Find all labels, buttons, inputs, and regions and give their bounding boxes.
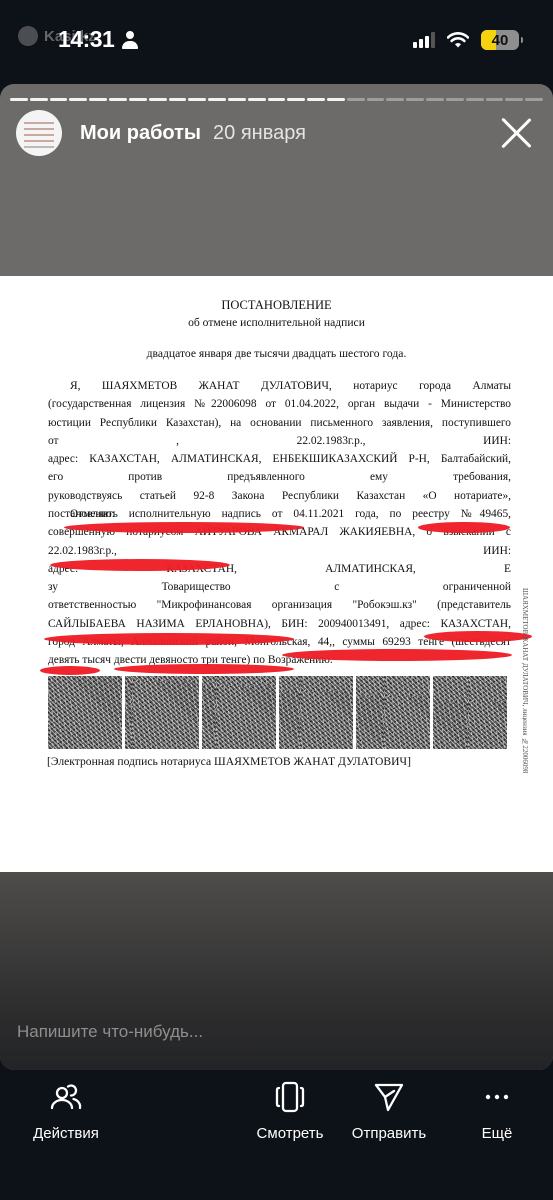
document-line: (государственная лицензия №22006098 от 0… xyxy=(48,395,511,413)
story-bottom-area xyxy=(0,872,553,1070)
signature-qr-block xyxy=(356,676,430,749)
post-date: 20 января xyxy=(213,122,306,145)
story-progress-bar xyxy=(10,98,543,101)
battery-nub xyxy=(521,37,523,43)
battery-level: 40 xyxy=(492,32,509,49)
progress-segment xyxy=(327,98,345,101)
vertical-stamp: ШАЯХМЕТОВ ЖАНАТ ДУЛАТОВИЧ, лицензия №220… xyxy=(520,588,534,768)
redaction-mark xyxy=(418,522,510,533)
progress-segment xyxy=(248,98,266,101)
document-line: зу Товарищество с ограниченной xyxy=(48,578,511,596)
progress-segment xyxy=(109,98,127,101)
progress-segment xyxy=(287,98,305,101)
progress-segment xyxy=(406,98,424,101)
send-label: Отправить xyxy=(352,1125,426,1142)
channel-avatar[interactable] xyxy=(16,110,62,156)
progress-segment xyxy=(30,98,48,101)
signature-caption: [Электронная подпись нотариуса ШАЯХМЕТОВ… xyxy=(47,753,411,771)
progress-segment xyxy=(69,98,87,101)
cellular-signal-icon xyxy=(413,32,435,48)
actions-label: Действия xyxy=(33,1125,99,1142)
document-line: от , 22.02.1983г.р., ИИН: xyxy=(48,432,511,450)
send-button[interactable]: Отправить xyxy=(334,1080,444,1142)
document-title: ПОСТАНОВЛЕНИЕ xyxy=(0,296,553,314)
electronic-signature-blocks xyxy=(48,676,507,749)
document-line: юстиции Республики Казахстан), на основа… xyxy=(48,414,511,432)
battery-indicator: 40 xyxy=(481,30,519,50)
progress-segment xyxy=(89,98,107,101)
document-line: Отменить исполнительную надпись от 04.11… xyxy=(48,505,511,523)
progress-segment xyxy=(505,98,523,101)
document-line: адрес: КАЗАХСТАН, АЛМАТИНСКАЯ, ЕНБЕКШИКА… xyxy=(48,450,511,468)
document-line: 22.02.1983г.р., ИИН: xyxy=(48,542,511,560)
redaction-mark xyxy=(44,633,294,645)
progress-segment xyxy=(169,98,187,101)
progress-segment xyxy=(10,98,28,101)
story-header: Мои работы 20 января xyxy=(16,110,543,156)
signature-qr-block xyxy=(125,676,199,749)
watermark-logo-icon xyxy=(18,26,38,46)
progress-segment xyxy=(446,98,464,101)
redaction-mark xyxy=(50,559,230,571)
progress-segment xyxy=(466,98,484,101)
progress-segment xyxy=(50,98,68,101)
document-line: его против предъявленного ему требования… xyxy=(48,468,511,486)
progress-segment xyxy=(149,98,167,101)
clock: 14:31 xyxy=(58,26,138,53)
status-icons: 40 xyxy=(413,30,523,50)
progress-segment xyxy=(386,98,404,101)
actions-button[interactable]: Действия xyxy=(26,1080,106,1142)
wifi-icon xyxy=(447,32,469,48)
signature-qr-block xyxy=(48,676,122,749)
progress-segment xyxy=(228,98,246,101)
document-paragraph-1: Я, ШАЯХМЕТОВ ЖАНАТ ДУЛАТОВИЧ, нотариус г… xyxy=(48,377,511,523)
clock-time: 14:31 xyxy=(58,26,114,53)
send-icon xyxy=(372,1080,406,1114)
document-line: руководствуясь статьей 92-8 Закона Респу… xyxy=(48,487,511,505)
bottom-action-bar: Действия Смотреть Отправить Ещё xyxy=(0,1070,553,1200)
status-bar: Kasi.kz 14:31 40 xyxy=(0,0,553,82)
document-line: ответственностью "Микрофинансовая органи… xyxy=(48,596,511,614)
channel-name[interactable]: Мои работы xyxy=(80,122,201,145)
progress-segment xyxy=(307,98,325,101)
more-button[interactable]: Ещё xyxy=(470,1080,524,1142)
redaction-mark xyxy=(40,666,100,675)
document-line: Я, ШАЯХМЕТОВ ЖАНАТ ДУЛАТОВИЧ, нотариус г… xyxy=(48,377,511,395)
signature-qr-block xyxy=(279,676,353,749)
progress-segment xyxy=(347,98,365,101)
redaction-mark xyxy=(114,664,294,674)
more-label: Ещё xyxy=(482,1125,513,1142)
progress-segment xyxy=(129,98,147,101)
progress-segment xyxy=(525,98,543,101)
document-subtitle: об отмене исполнительной надписи xyxy=(0,314,553,332)
redaction-mark xyxy=(282,649,512,661)
story-viewer[interactable]: Мои работы 20 января ПОСТАНОВЛЕНИЕ об от… xyxy=(0,84,553,1070)
progress-segment xyxy=(268,98,286,101)
progress-segment xyxy=(367,98,385,101)
person-icon xyxy=(122,31,138,49)
document-image: ПОСТАНОВЛЕНИЕ об отмене исполнительной н… xyxy=(0,276,553,872)
signature-qr-block xyxy=(433,676,507,749)
view-label: Смотреть xyxy=(257,1125,324,1142)
redaction-mark xyxy=(64,522,304,533)
progress-segment xyxy=(486,98,504,101)
more-icon xyxy=(480,1080,514,1114)
document-date: двадцатое января две тысячи двадцать шес… xyxy=(0,345,553,363)
document-line: САЙЛЫБАЕВА НАЗИМА ЕРЛАНОВНА), БИН: 20094… xyxy=(48,615,511,633)
progress-segment xyxy=(426,98,444,101)
signature-qr-block xyxy=(202,676,276,749)
reply-input[interactable] xyxy=(17,1018,537,1046)
close-icon[interactable] xyxy=(499,116,533,150)
people-icon xyxy=(49,1080,83,1114)
view-button[interactable]: Смотреть xyxy=(246,1080,334,1142)
progress-segment xyxy=(188,98,206,101)
progress-segment xyxy=(208,98,226,101)
view-device-icon xyxy=(273,1080,307,1114)
